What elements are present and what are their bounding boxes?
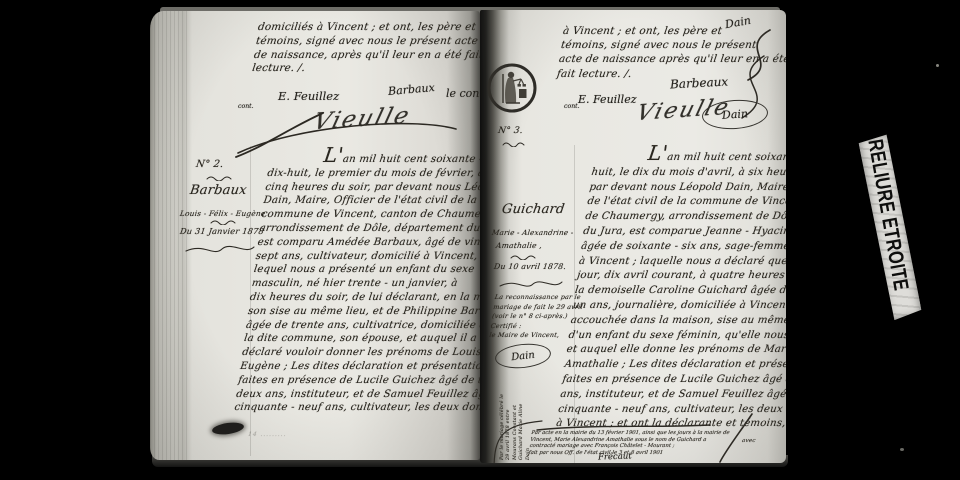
signature-father: Barbaux <box>388 81 436 98</box>
handwritten-line: faites en présence de Lucile Guichez âgé… <box>237 374 462 388</box>
margin-given-names-1: Marie - Alexandrine - <box>491 228 574 237</box>
handwritten-line: accouchée dans la maison, sise au même l… <box>570 314 786 329</box>
handwritten-line: contracté mariage avec François Châtelet… <box>529 443 722 450</box>
margin-note-text: La reconnaissance par lemariage de fait … <box>489 293 576 341</box>
dust-speck <box>900 448 904 451</box>
handwritten-line: de naissance, après qu'il leur en a été … <box>253 49 475 63</box>
handwritten-line: et auquel elle donne les prénoms de Mari… <box>565 343 782 358</box>
dust-speck <box>936 64 939 67</box>
squiggle-flourish <box>502 141 526 147</box>
handwritten-line: commune de Vincent, canton de Chaumergy, <box>261 208 480 222</box>
handwritten-line: du Jura, est comparue Jeanne - Hyacinthe… <box>582 225 786 240</box>
margin-given-names: Louis - Félix - Eugène <box>179 209 266 218</box>
handwritten-line: de Chaumergy, arrondissement de Dôle, dé… <box>584 210 786 225</box>
handwritten-line: huit, le dix du mois d'avril, à six heur… <box>590 166 786 181</box>
handwritten-line: la demoiselle Caroline Guichard âgée de … <box>574 284 786 299</box>
squiggle-flourish <box>210 219 238 225</box>
faint-pencil-note: 14 ......... <box>248 431 288 438</box>
handwritten-line: un ans, journalière, domiciliée à Vincen… <box>572 299 786 314</box>
margin-date: Du 31 Janvier 1878 <box>179 226 264 236</box>
signature-cut-right: le cont <box>446 87 480 100</box>
handwritten-line: masculin, né hier trente - un janvier, à <box>251 277 476 291</box>
handwritten-line: lecture. /. <box>251 62 473 76</box>
margin-act-number: N° 3. <box>497 126 523 136</box>
squiggle-flourish <box>206 175 234 181</box>
handwritten-line: Eugène ; Les dites déclaration et présen… <box>239 360 464 374</box>
handwritten-line: jour, dix avril courant, à quatre heures… <box>576 269 786 284</box>
handwritten-line: sept ans, cultivateur, domicilié à Vince… <box>255 250 480 264</box>
signature-officer: Frécaut <box>598 451 632 462</box>
margin-surname: Barbaux <box>189 183 248 198</box>
right-page: à Vincent ; et ont, les père ettémoins, … <box>480 10 786 463</box>
handwritten-line: dix heures du soir, de lui déclarant, en… <box>249 291 474 305</box>
side-word: avec <box>742 438 756 444</box>
margin-flourish <box>184 242 256 258</box>
margin-mayor-signature-circled: Dain <box>494 341 552 371</box>
birth-act-text: L'an mil huit cent soixante - dix -huit,… <box>555 148 786 432</box>
squiggle-flourish <box>510 254 538 260</box>
margin-mayor-signature-text: Dain <box>511 349 536 362</box>
signature-mayor-circled-text: Dain <box>722 107 749 122</box>
handwritten-line: faites en présence de Lucile Guichez âgé… <box>561 373 778 388</box>
previous-act-end-text: domiciliés à Vincent ; et ont, les père … <box>251 21 479 76</box>
handwritten-line: la dite commune, son épouse, et auquel i… <box>243 332 468 346</box>
reliure-etroite-label-text: RELIURE ETROITE <box>862 133 913 293</box>
handwritten-line: lequel nous a présenté un enfant du sexe <box>253 263 478 277</box>
handwritten-line: ans, instituteur, et de Samuel Feuillez … <box>559 388 776 403</box>
margin-date: Du 10 avril 1878. <box>493 262 566 271</box>
ink-smudge <box>211 421 244 436</box>
left-page: domiciliés à Vincent ; et ont, les père … <box>150 11 480 460</box>
handwritten-line: (voir le n° 8 ci-après.) <box>491 312 572 322</box>
handwritten-line: domiciliés à Vincent ; et ont, les père … <box>257 21 479 35</box>
handwritten-line: âgée de soixante - six ans, sage-femme, … <box>580 240 786 255</box>
birth-act-text: L'an mil huit cent soixante -dix-huit, l… <box>233 150 480 415</box>
handwritten-line: Amathalie ; Les dites déclaration et pré… <box>563 358 780 373</box>
justice-stamp-icon <box>486 62 538 114</box>
margin-flourish <box>498 278 564 292</box>
handwritten-line: mariage de fait le 29 avril <box>493 303 574 313</box>
archival-register-photo: domiciliés à Vincent ; et ont, les père … <box>0 0 960 480</box>
reliure-etroite-label: RELIURE ETROITE <box>858 132 923 321</box>
signature-witness: E. Feuillez <box>578 93 637 106</box>
handwritten-line: âgée de trente ans, cultivatrice, domici… <box>245 319 470 333</box>
handwritten-line: déclaré vouloir donner les prénoms de Lo… <box>241 346 466 360</box>
handwritten-line: est comparu Amédée Barbaux, âgé de vingt… <box>257 236 480 250</box>
handwritten-line: dix-huit, le premier du mois de février,… <box>266 167 480 181</box>
handwritten-line: L'an mil huit cent soixante - dix - <box>592 148 786 166</box>
handwritten-line: deux ans, instituteur, et de Samuel Feui… <box>235 388 460 402</box>
handwritten-line: de l'état civil de la commune de Vincent… <box>586 195 786 210</box>
handwritten-line: cinq heures du soir, par devant nous Léo… <box>264 181 480 195</box>
handwritten-line: par devant nous Léopold Dain, Maire, Off… <box>588 181 786 196</box>
handwritten-line: Certifié : <box>490 322 571 332</box>
handwritten-line: à Vincent ; laquelle nous a déclaré que … <box>578 255 786 270</box>
handwritten-line: le Maire de Vincent, <box>489 331 570 341</box>
margin-surname: Guichard <box>501 202 566 217</box>
handwritten-line: L'an mil huit cent soixante - <box>268 150 480 167</box>
handwritten-line: d'un enfant du sexe féminin, qu'elle nou… <box>568 329 785 344</box>
handwritten-line: Par acte en la mairie du 13 février 1901… <box>531 430 724 437</box>
margin-act-number: N° 2. <box>195 159 224 170</box>
signature-witness: E. Feuillez <box>278 89 339 103</box>
handwritten-line: cinquante - neuf ans, cultivateur, les d… <box>233 401 458 415</box>
handwritten-line: son sise au même lieu, et de Philippine … <box>247 305 472 319</box>
handwritten-line: La reconnaissance par le <box>494 293 575 303</box>
handwritten-line: arrondissement de Dôle, département du J… <box>259 222 480 236</box>
handwritten-line: témoins, signé avec nous le présent acte <box>255 35 477 49</box>
handwritten-line: Dain, Maire, Officier de l'état civil de… <box>262 194 480 208</box>
margin-given-names-2: Amathalie , <box>495 241 542 250</box>
